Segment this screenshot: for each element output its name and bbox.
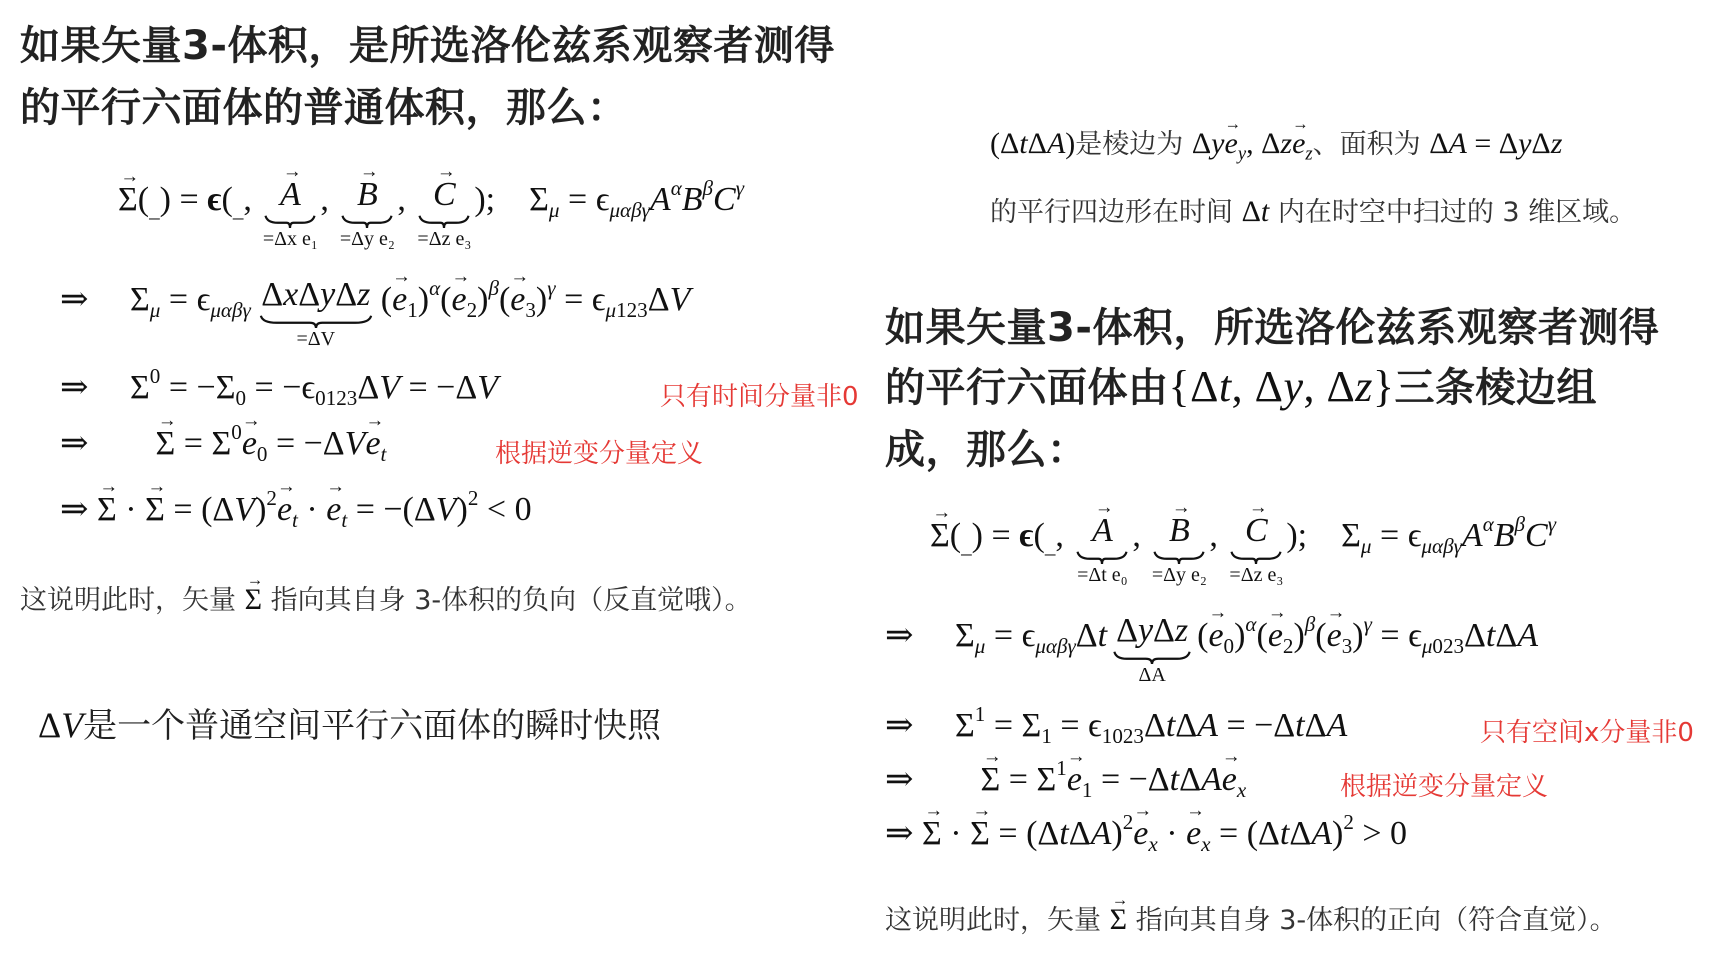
right-intro-line2: 的平行四边形在时间 Δt 内在时空中扫过的 3 维区域。 [990, 190, 1636, 229]
right-equation-3: ⇒Σ1 = Σ1 = ϵ1023ΔtΔA = −ΔtΔA [885, 702, 1347, 749]
right-heading-line1: 如果矢量3-体积，所选洛伦兹系观察者测得 [885, 296, 1659, 353]
right-heading-line3: 成，那么： [885, 418, 1088, 475]
left-heading-line2: 的平行六面体的普通体积，那么： [20, 76, 628, 133]
right-underbrace-B: B =Δy e₂ [1149, 512, 1209, 586]
right-underbrace-dA: ΔyΔz ΔA [1107, 612, 1197, 686]
left-heading-line1: 如果矢量3-体积，是所选洛伦兹系观察者测得 [20, 14, 835, 71]
left-note-time-component: 只有时间分量非0 [660, 376, 859, 413]
right-equation-4: ⇒ Σ = Σ1e1 = −ΔtΔAex [885, 756, 1246, 803]
left-underbrace-A: A =Δx e₁ [260, 176, 320, 250]
left-equation-2: ⇒Σμ = ϵμαβγΔxΔyΔz =ΔV(e1)α(e2)β(e3)γ = ϵ… [60, 276, 690, 350]
right-equation-1: Σ(_) = ϵ(_, A =Δt e₀ , B =Δy e₂ , C =Δz … [930, 512, 1556, 586]
right-underbrace-C: C =Δz e₃ [1226, 512, 1286, 586]
left-underbrace-dV: ΔxΔyΔz =ΔV [251, 276, 381, 350]
left-snapshot-note: ΔV是一个普通空间平行六面体的瞬时快照 [38, 698, 661, 747]
left-conclusion: 这说明此时，矢量 Σ 指向其自身 3-体积的负向（反直觉哦）。 [20, 578, 752, 617]
right-underbrace-A: A =Δt e₀ [1072, 512, 1132, 586]
right-note-x-component: 只有空间x分量非0 [1480, 712, 1694, 749]
left-equation-5: ⇒ Σ · Σ = (ΔV)2et · et = −(ΔV)2 < 0 [60, 486, 532, 533]
right-note-contravariant: 根据逆变分量定义 [1340, 766, 1548, 803]
right-intro-line1: (ΔtΔA)是棱边为 Δyey, Δzez、面积为 ΔA = ΔyΔz [990, 122, 1562, 166]
right-equation-5: ⇒ Σ · Σ = (ΔtΔA)2ex · ex = (ΔtΔA)2 > 0 [885, 810, 1407, 857]
right-equation-2: ⇒Σμ = ϵμαβγΔtΔyΔz ΔA(e0)α(e2)β(e3)γ = ϵμ… [885, 612, 1538, 686]
right-heading-line2: 的平行六面体由{Δt, Δy, Δz}三条棱边组 [885, 356, 1597, 413]
left-underbrace-B: B =Δy e₂ [337, 176, 397, 250]
sigma-vector-symbol: Σ [1110, 903, 1127, 937]
left-note-contravariant: 根据逆变分量定义 [495, 433, 703, 470]
left-equation-4: ⇒ Σ = Σ0e0 = −ΔVet [60, 420, 386, 467]
left-equation-3: ⇒Σ0 = −Σ0 = −ϵ0123ΔV = −ΔV [60, 364, 498, 411]
right-conclusion: 这说明此时，矢量 Σ 指向其自身 3-体积的正向（符合直觉）。 [885, 898, 1617, 937]
left-underbrace-C: C =Δz e₃ [414, 176, 474, 250]
sigma-vector-symbol: Σ [245, 583, 262, 617]
left-equation-1: Σ(_) = ϵ(_, A =Δx e₁ , B =Δy e₂ , C =Δz … [118, 176, 744, 250]
